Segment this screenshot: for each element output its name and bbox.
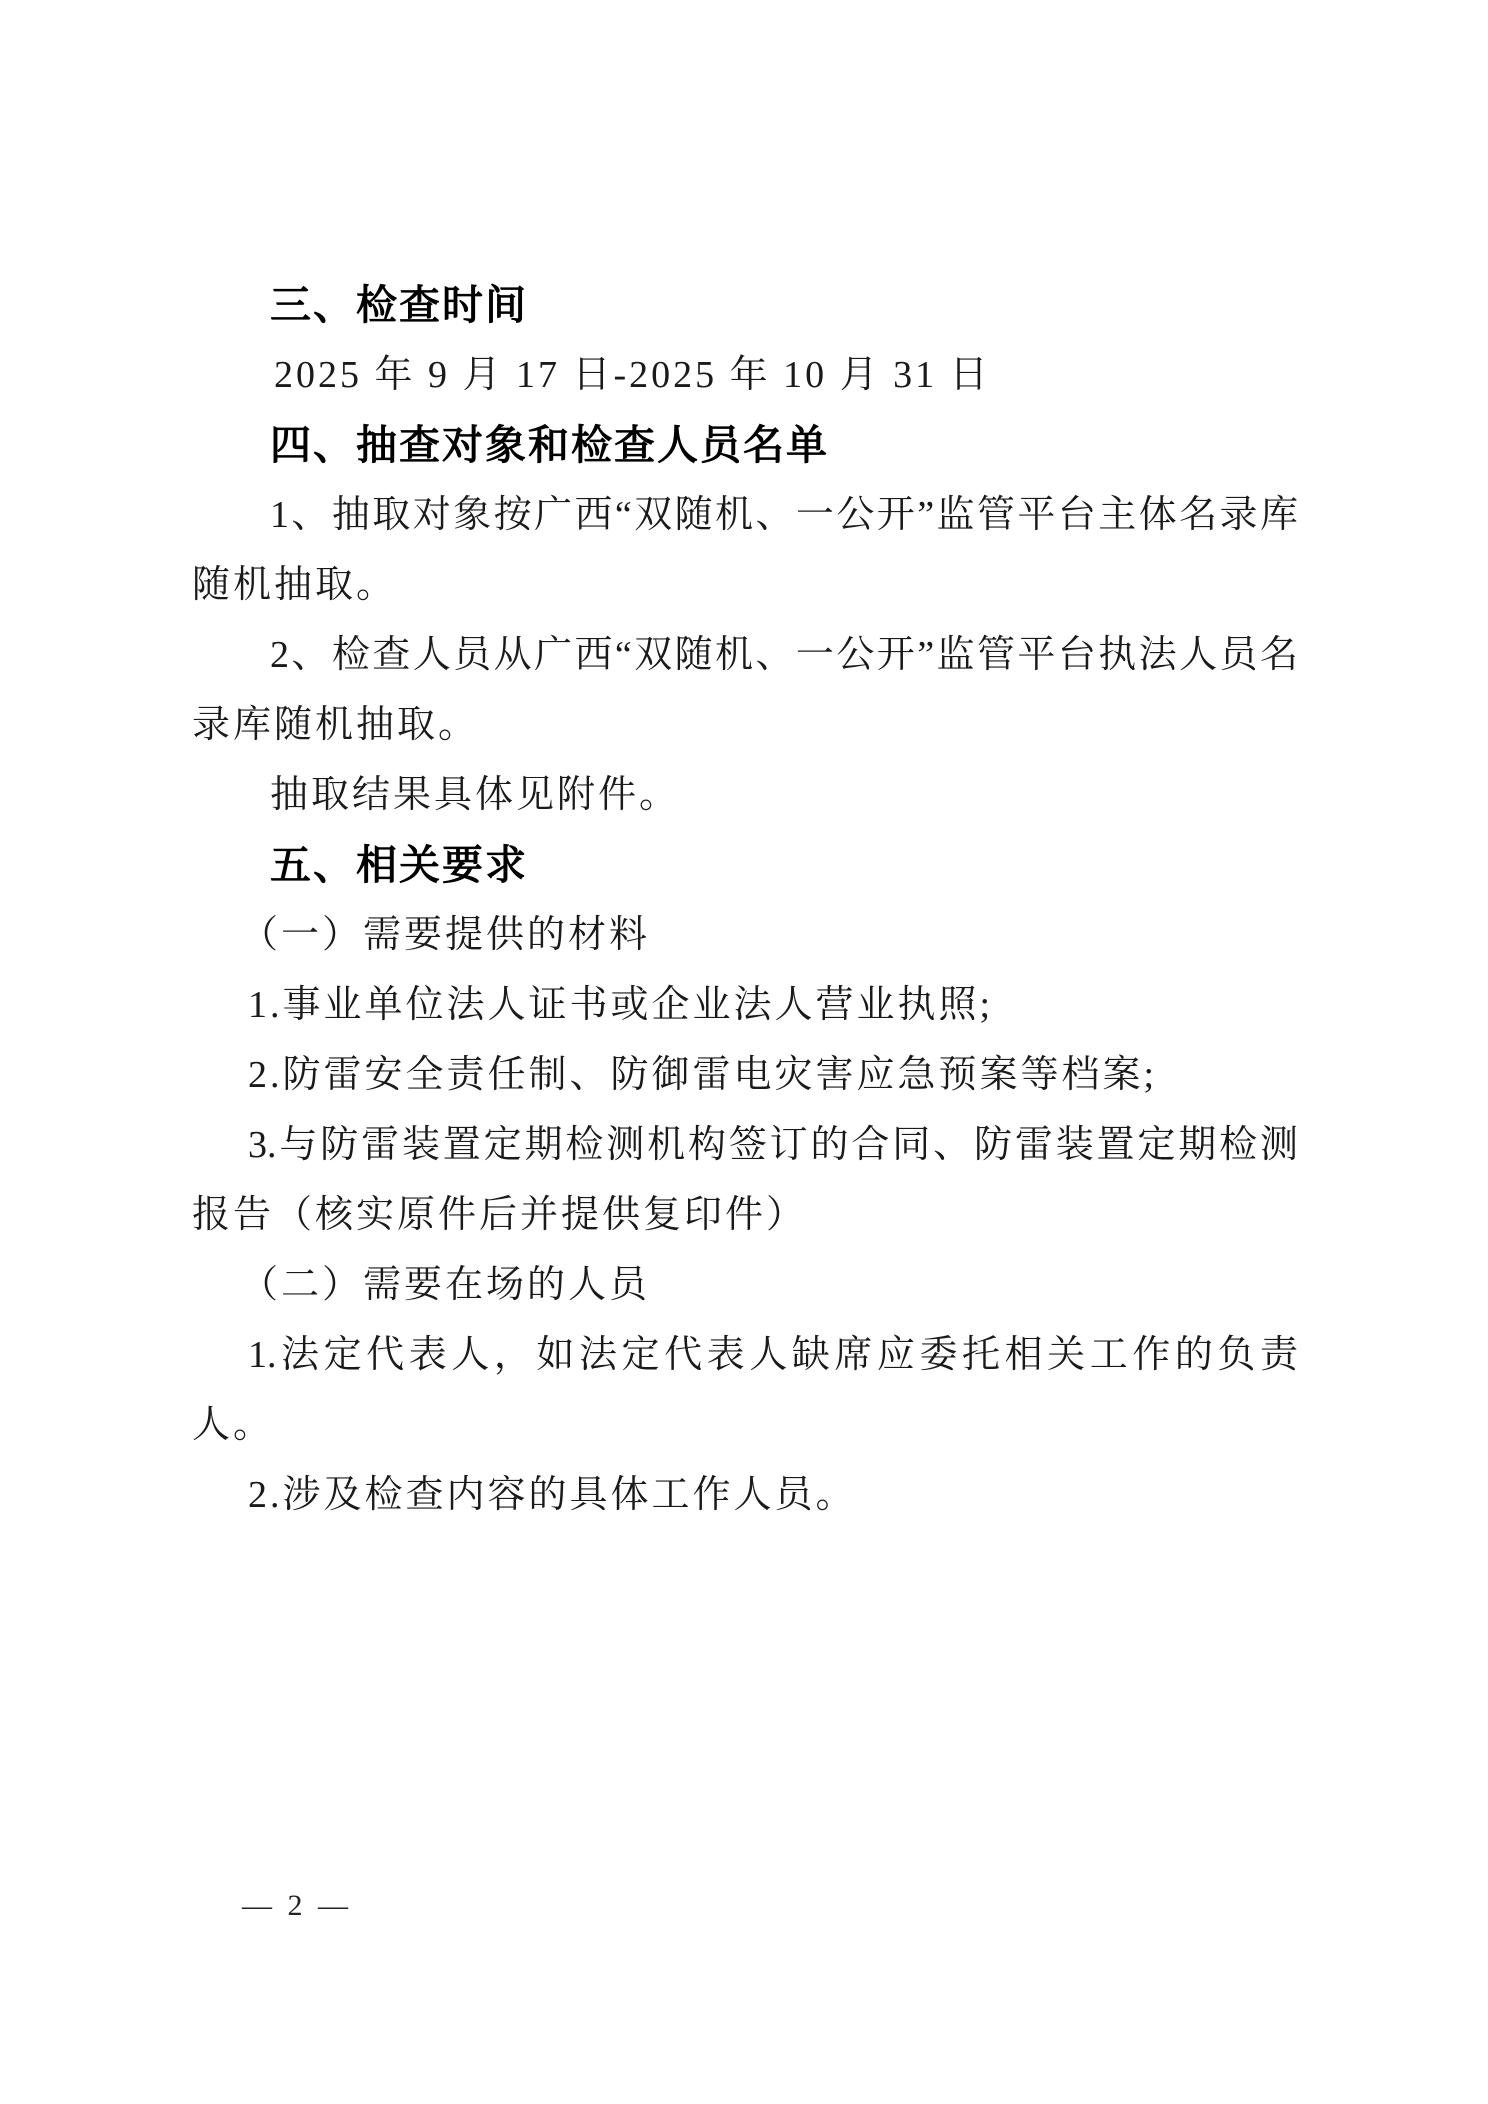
document-body: 三、检查时间2025 年 9 月 17 日-2025 年 10 月 31 日四、… <box>192 270 1298 1530</box>
paragraph-line: 1.法定代表人，如法定代表人缺席应委托相关工作的负责 <box>192 1320 1298 1390</box>
paragraph-line: 2.涉及检查内容的具体工作人员。 <box>192 1460 1298 1530</box>
paragraph-line: 1.事业单位法人证书或企业法人营业执照; <box>192 970 1298 1040</box>
section-heading: 五、相关要求 <box>192 830 1298 900</box>
paragraph-line: 2.防雷安全责任制、防御雷电灾害应急预案等档案; <box>192 1040 1298 1110</box>
paragraph-line: 2025 年 9 月 17 日-2025 年 10 月 31 日 <box>192 340 1298 410</box>
page-number: — 2 — <box>242 1886 352 1926</box>
paragraph-line: 人。 <box>192 1390 1298 1460</box>
paragraph-line: 录库随机抽取。 <box>192 690 1298 760</box>
section-heading: 四、抽查对象和检查人员名单 <box>192 410 1298 480</box>
paragraph-line: 3.与防雷装置定期检测机构签订的合同、防雷装置定期检测 <box>192 1110 1298 1180</box>
paragraph-line: 报告（核实原件后并提供复印件） <box>192 1180 1298 1250</box>
paragraph-line: 2、检查人员从广西“双随机、一公开”监管平台执法人员名 <box>192 620 1298 690</box>
paragraph-line: 随机抽取。 <box>192 550 1298 620</box>
paragraph-line: （二）需要在场的人员 <box>192 1250 1298 1320</box>
document-page: 三、检查时间2025 年 9 月 17 日-2025 年 10 月 31 日四、… <box>0 0 1488 2104</box>
paragraph-line: 1、抽取对象按广西“双随机、一公开”监管平台主体名录库 <box>192 480 1298 550</box>
paragraph-line: （一）需要提供的材料 <box>192 900 1298 970</box>
section-heading: 三、检查时间 <box>192 270 1298 340</box>
paragraph-line: 抽取结果具体见附件。 <box>192 760 1298 830</box>
